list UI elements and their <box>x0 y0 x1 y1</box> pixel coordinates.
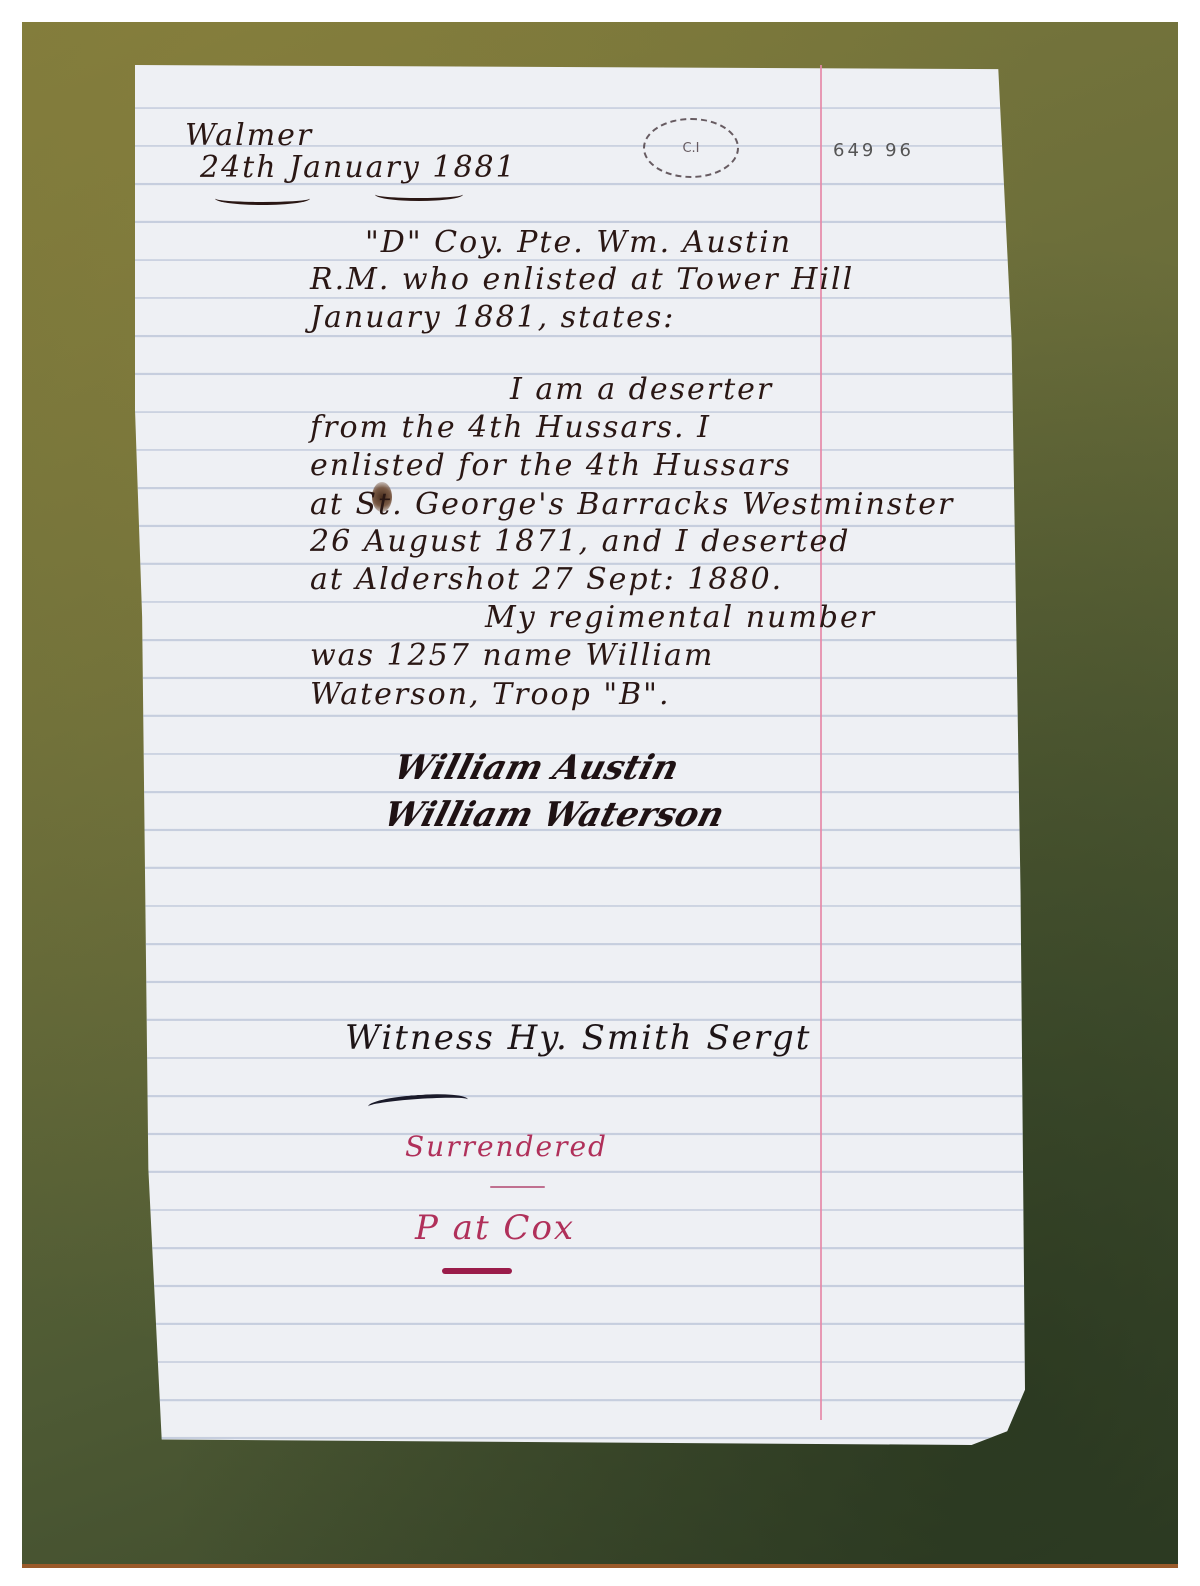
witness-line: Witness Hy. Smith Sergt <box>345 1018 811 1058</box>
annotation-underline <box>490 1186 545 1188</box>
annotation-surrendered: Surrendered <box>405 1130 608 1163</box>
annotation-initials: P at Cox <box>415 1208 575 1248</box>
preamble-line: January 1881, states: <box>310 300 675 335</box>
statement-line: at Aldershot 27 Sept: 1880. <box>310 562 783 597</box>
place-heading: Walmer <box>185 118 313 153</box>
date-flourish <box>215 192 310 205</box>
statement-line: from the 4th Hussars. I <box>310 410 711 445</box>
date-heading: 24th January 1881 <box>200 150 517 185</box>
statement-line: Waterson, Troop "B". <box>310 677 671 712</box>
signature-waterson: William Waterson <box>380 795 729 835</box>
statement-line: enlisted for the 4th Hussars <box>310 448 792 483</box>
preamble-line: R.M. who enlisted at Tower Hill <box>310 262 854 297</box>
statement-line: at St. George's Barracks Westminster <box>310 487 954 522</box>
statement-line: I am a deserter <box>510 372 773 407</box>
archive-stamp: C.I <box>643 118 739 178</box>
preamble-line: "D" Coy. Pte. Wm. Austin <box>365 225 792 260</box>
annotation-dash <box>442 1268 512 1274</box>
stamp-text: C.I <box>682 141 699 156</box>
reference-number: 649 96 <box>833 140 914 161</box>
statement-line: was 1257 name William <box>310 638 714 673</box>
statement-line: 26 August 1871, and I deserted <box>310 524 850 559</box>
signature-austin: William Austin <box>390 748 683 788</box>
statement-line: My regimental number <box>485 600 876 635</box>
date-flourish <box>375 188 463 201</box>
